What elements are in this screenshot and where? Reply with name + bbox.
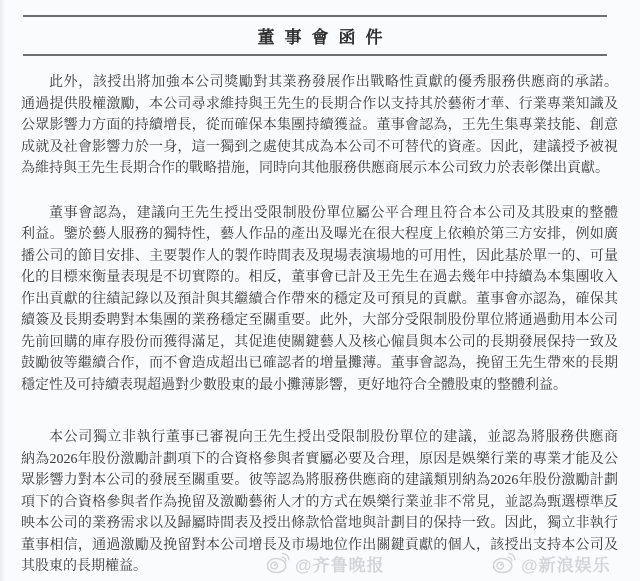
text-line: 鼓勵彼等繼續合作，而不會造成超出已確認者的增量攤薄。董事會認為，挽留王先生帶來的… xyxy=(21,353,618,375)
paragraph-1: 此外，該授出將加強本公司獎勵對其業務發展作出戰略性貢獻的優秀服務供應商的承諾。 … xyxy=(21,72,618,180)
weibo-icon xyxy=(266,552,290,574)
watermark-text: @齐鲁晚报 xyxy=(295,551,385,576)
text-line: 董事會認為，建議向王先生授出受限制股份單位屬公平合理且符合本公司及其股東的整體 xyxy=(21,203,618,225)
text-line: 通過提供股權激勵，本公司尋求維持與王先生的長期合作以支持其於藝術才華、行業專業知… xyxy=(21,94,618,116)
text-line: 眾影響力對本公司的發展至關重要。彼等認為將服務供應商的建議類別納為2026年股份… xyxy=(21,470,618,492)
document-title: 董事會函件 xyxy=(0,23,640,48)
text-line: 為維持與王先生長期合作的戰略措施，同時向其他服務供應商展示本公司致力於表彰傑出貢… xyxy=(21,158,618,180)
paragraph-2: 董事會認為，建議向王先生授出受限制股份單位屬公平合理且符合本公司及其股東的整體 … xyxy=(21,203,618,397)
text-line: 公眾影響力方面的持續增長，從而確保本集團持續獲益。董事會認為，王先生集專業技能、… xyxy=(21,115,618,137)
text-line: 續簽及長期委聘對本集團的業務穩定至關重要。此外，大部分受限制股份單位將通過動用本… xyxy=(21,310,618,332)
text-line: 利益。鑒於藝人服務的獨特性，藝人作品的產出及曝光在很大程度上依賴於第三方安排，例… xyxy=(21,224,618,246)
watermark-text: @新浪娱乐 xyxy=(521,551,611,576)
text-line: 此外，該授出將加強本公司獎勵對其業務發展作出戰略性貢獻的優秀服務供應商的承諾。 xyxy=(21,72,618,94)
text-line: 成就及社會影響力於一身，這一獨到之處使其成為本公司不可替代的資產。因此，建議授予… xyxy=(21,137,618,159)
title-rule-bottom xyxy=(23,54,607,56)
text-line: 納為2026年股份激勵計劃項下的合資格參與者實屬必要及合理，原因是娛樂行業的專業… xyxy=(21,449,618,471)
watermark-qilu-wanbao: @齐鲁晚报 xyxy=(266,551,385,575)
text-line: 本公司獨立非執行董事已審視向王先生授出受限制股份單位的建議，並認為將服務供應商 xyxy=(21,427,618,449)
text-line: 先前回購的庫存股份而獲得滿足，其促進使關鍵藝人及核心僱員與本公司的長期發展保持一… xyxy=(21,332,618,354)
watermark-sina-ent: @新浪娱乐 xyxy=(492,551,611,575)
text-line: 播公司的節目安排、主要製作人的製作時間表及現場表演場地的可用性，因此基於單一的、… xyxy=(21,246,618,268)
weibo-icon xyxy=(492,552,516,574)
text-line: 穩定性及可持續表現超過對少數股東的最小攤薄影響，更好地符合全體股東的整體利益。 xyxy=(21,375,618,397)
text-line: 作出貢獻的往績記錄以及預計與其繼續合作帶來的穩定及可預見的貢獻。董事會亦認為，確… xyxy=(21,289,618,311)
text-line: 化的目標來衡量表現是不切實際的。相反，董事會已計及王先生在過去幾年中持續為本集團… xyxy=(21,267,618,289)
text-line: 項下的合資格參與者作為挽留及激勵藝術人才的方式在娛樂行業並非不常見，並認為甄選標… xyxy=(21,492,618,514)
text-line: 映本公司的業務需求以及歸屬時間表及授出條款恰當地與計劃目的保持一致。因此，獨立非… xyxy=(21,513,618,535)
title-rule-top xyxy=(23,15,607,17)
document-page: 董事會函件 此外，該授出將加強本公司獎勵對其業務發展作出戰略性貢獻的優秀服務供應… xyxy=(0,15,640,578)
